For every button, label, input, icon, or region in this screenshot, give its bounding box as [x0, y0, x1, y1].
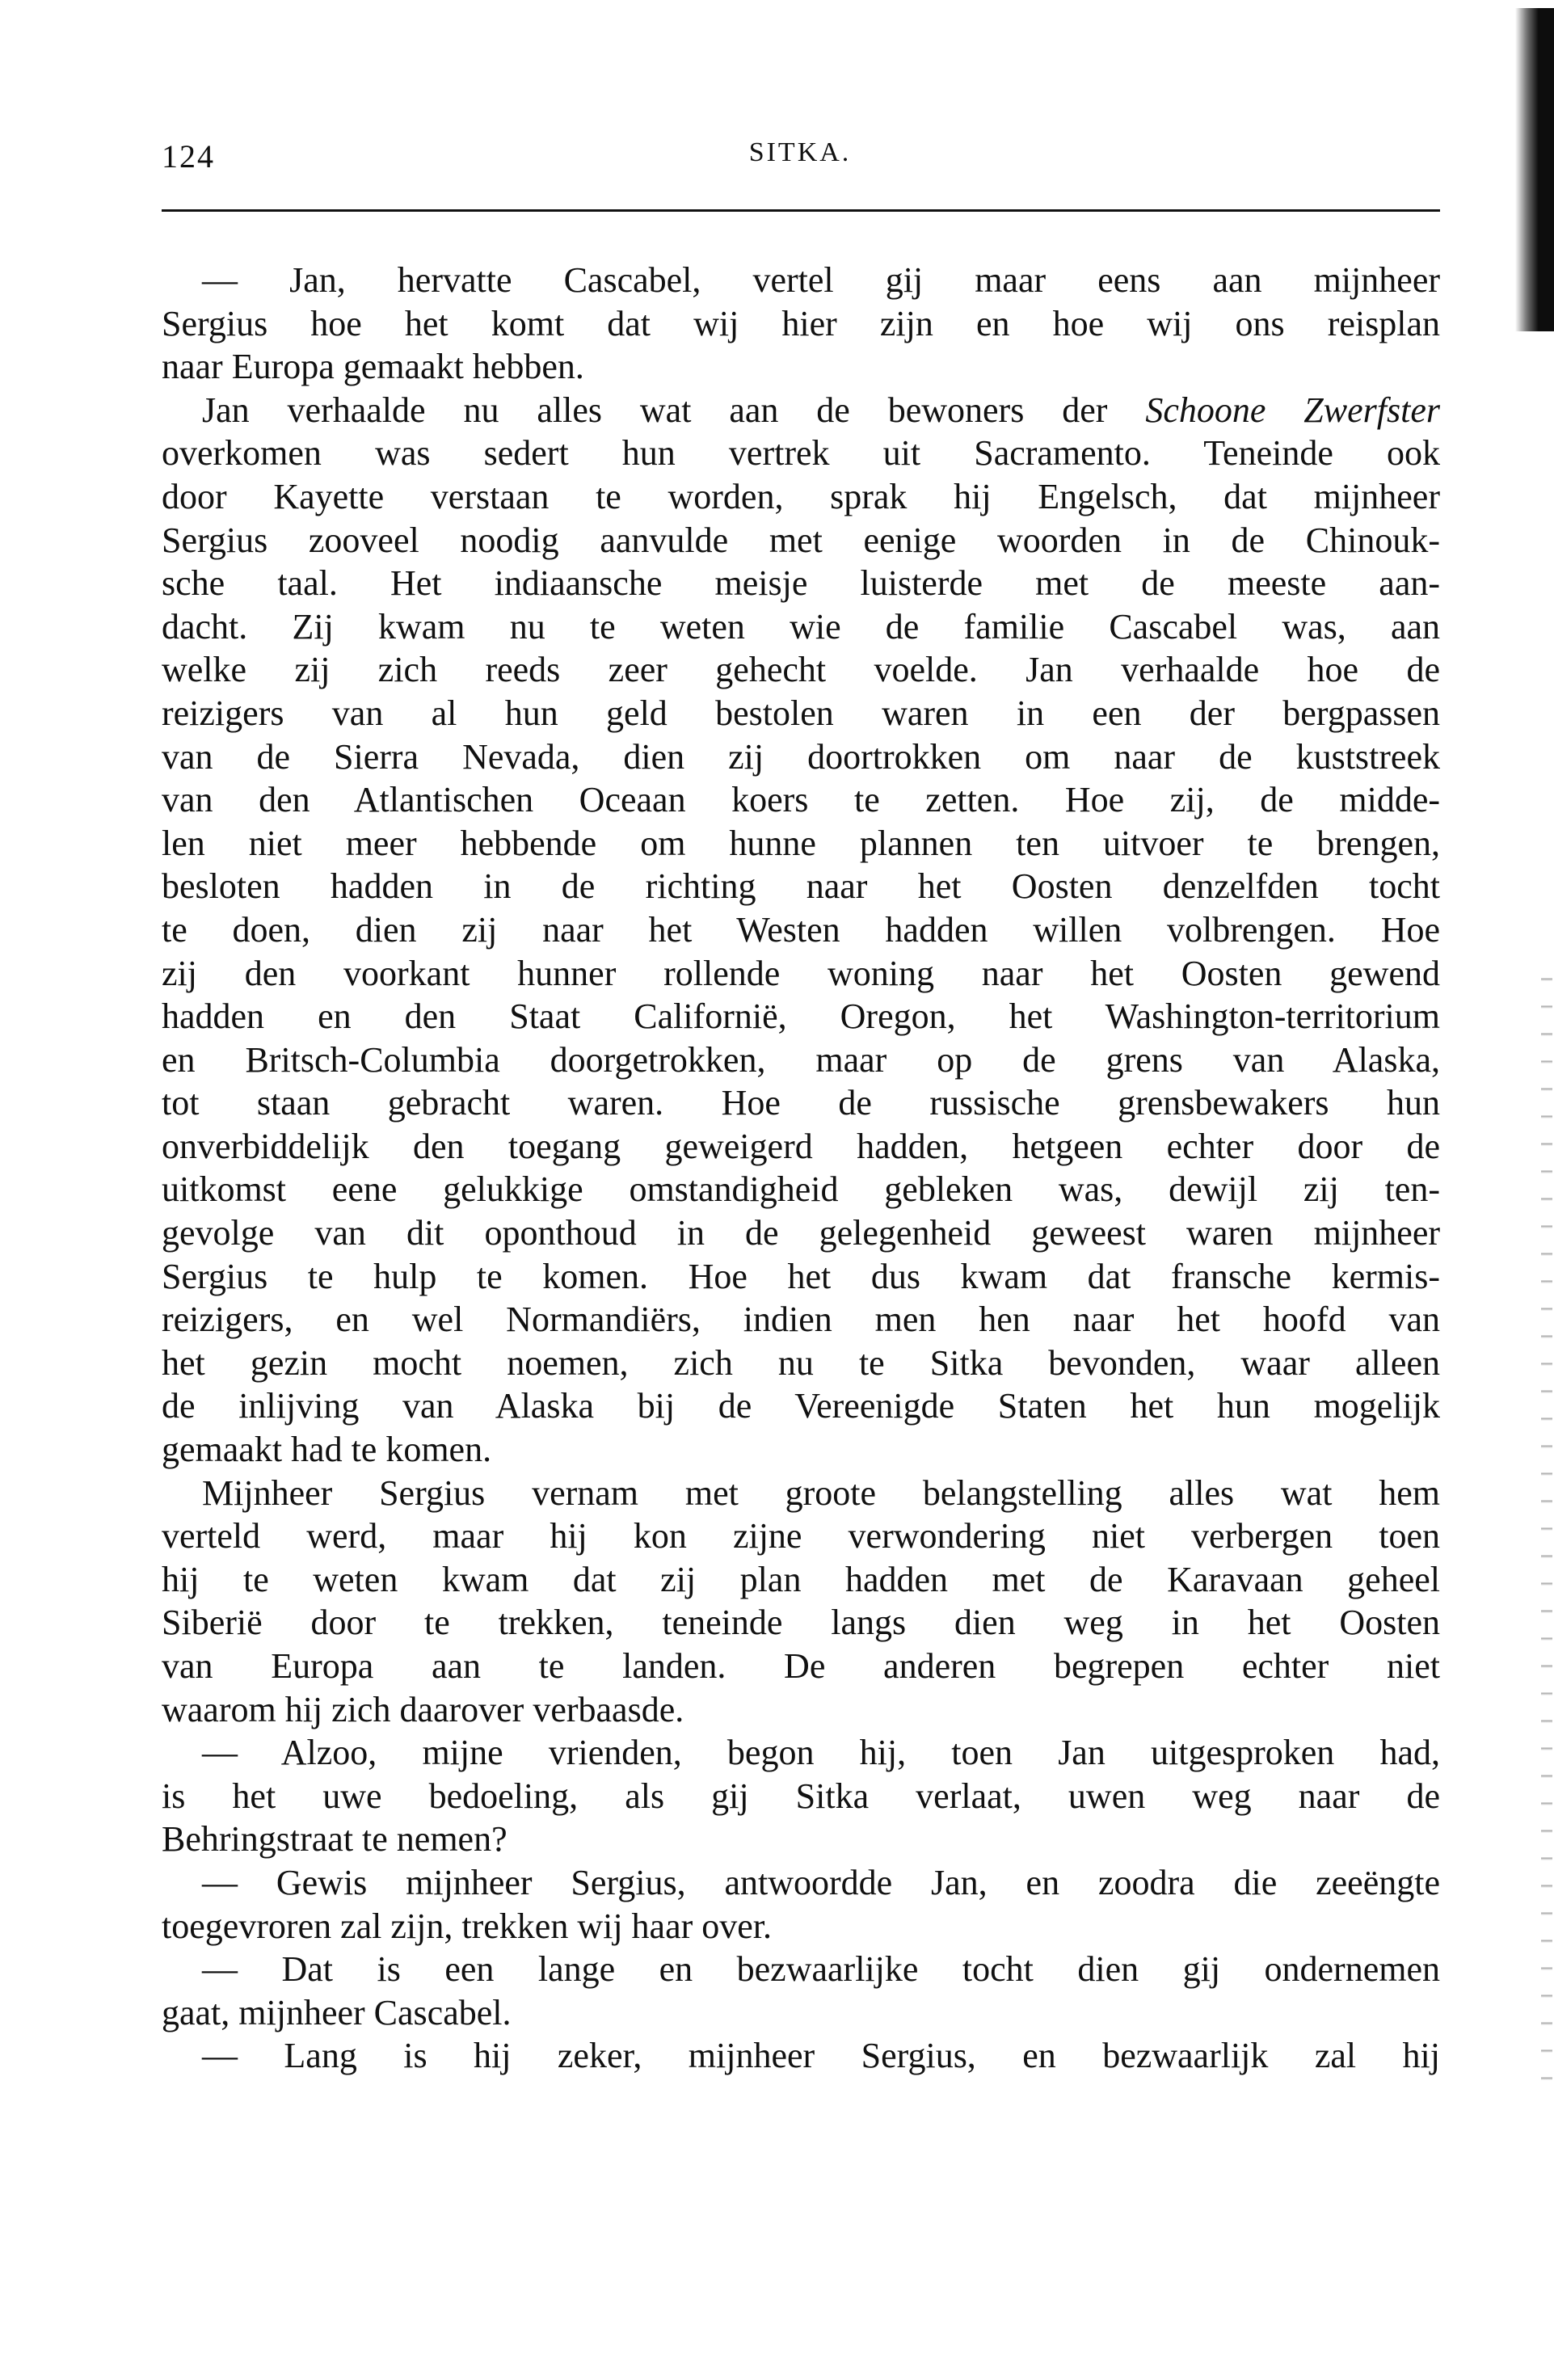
text-line: waarom hij zich daarover verbaasde.	[162, 1688, 1440, 1732]
text-line: Sergius hoe het komt dat wij hier zijn e…	[162, 302, 1440, 346]
scan-binding-shadow	[1515, 8, 1554, 331]
ship-name-italic: Schoone Zwerfster	[1145, 390, 1440, 430]
text-line: verteld werd, maar hij kon zijne verwond…	[162, 1514, 1440, 1558]
paragraph: — Lang is hij zeker, mijnheer Sergius, e…	[162, 2034, 1440, 2078]
text-line: naar Europa gemaakt hebben.	[162, 345, 1440, 389]
text-line: van den Atlantischen Oceaan koers te zet…	[162, 778, 1440, 822]
text-line: gemaakt had te komen.	[162, 1428, 1440, 1472]
body-text: — Jan, hervatte Cascabel, vertel gij maa…	[162, 259, 1440, 2078]
text-line: dacht. Zij kwam nu te weten wie de famil…	[162, 605, 1440, 649]
text-line: reizigers van al hun geld bestolen waren…	[162, 692, 1440, 735]
text-run: Jan verhaalde nu alles wat aan de bewone…	[202, 390, 1145, 430]
text-line: te doen, dien zij naar het Westen hadden…	[162, 908, 1440, 952]
paragraph: — Jan, hervatte Cascabel, vertel gij maa…	[162, 259, 1440, 389]
text-line: Sergius zooveel noodig aanvulde met eeni…	[162, 519, 1440, 562]
text-line: Sergius te hulp te komen. Hoe het dus kw…	[162, 1255, 1440, 1299]
text-line: gaat, mijnheer Cascabel.	[162, 1991, 1440, 2035]
text-line: toegevroren zal zijn, trekken wij haar o…	[162, 1905, 1440, 1948]
text-line: het gezin mocht noemen, zich nu te Sitka…	[162, 1342, 1440, 1385]
text-line: hadden en den Staat Californië, Oregon, …	[162, 995, 1440, 1038]
text-line: — Alzoo, mijne vrienden, begon hij, toen…	[162, 1731, 1440, 1775]
text-line: tot staan gebracht waren. Hoe de russisc…	[162, 1081, 1440, 1125]
scan-edge-artifact	[1541, 954, 1552, 2085]
text-line: en Britsch-Columbia doorgetrokken, maar …	[162, 1038, 1440, 1082]
text-line: onverbiddelijk den toegang geweigerd had…	[162, 1125, 1440, 1169]
header-rule	[162, 209, 1440, 212]
text-line: uitkomst eene gelukkige omstandigheid ge…	[162, 1168, 1440, 1211]
book-page: 124 SITKA. — Jan, hervatte Cascabel, ver…	[0, 0, 1554, 2380]
text-line: Behringstraat te nemen?	[162, 1818, 1440, 1861]
text-line: Mijnheer Sergius vernam met groote belan…	[162, 1472, 1440, 1515]
paragraph: Mijnheer Sergius vernam met groote belan…	[162, 1472, 1440, 1732]
text-line: van de Sierra Nevada, dien zij doortrokk…	[162, 735, 1440, 779]
running-header: 124 SITKA.	[162, 137, 1438, 186]
text-line: Siberië door te trekken, teneinde langs …	[162, 1601, 1440, 1645]
paragraph: — Gewis mijnheer Sergius, antwoordde Jan…	[162, 1861, 1440, 1948]
text-line: besloten hadden in de richting naar het …	[162, 865, 1440, 908]
text-line: — Dat is een lange en bezwaarlijke tocht…	[162, 1948, 1440, 1991]
text-line: van Europa aan te landen. De anderen beg…	[162, 1645, 1440, 1688]
text-line: — Lang is hij zeker, mijnheer Sergius, e…	[162, 2034, 1440, 2078]
text-line: overkomen was sedert hun vertrek uit Sac…	[162, 432, 1440, 475]
text-line: zij den voorkant hunner rollende woning …	[162, 952, 1440, 996]
text-line: Jan verhaalde nu alles wat aan de bewone…	[162, 389, 1440, 432]
paragraph: Jan verhaalde nu alles wat aan de bewone…	[162, 389, 1440, 1472]
paragraph: — Dat is een lange en bezwaarlijke tocht…	[162, 1948, 1440, 2034]
text-line: — Gewis mijnheer Sergius, antwoordde Jan…	[162, 1861, 1440, 1905]
paragraph: — Alzoo, mijne vrienden, begon hij, toen…	[162, 1731, 1440, 1861]
text-line: — Jan, hervatte Cascabel, vertel gij maa…	[162, 259, 1440, 302]
text-line: gevolge van dit oponthoud in de gelegenh…	[162, 1211, 1440, 1255]
text-line: welke zij zich reeds zeer gehecht voelde…	[162, 648, 1440, 692]
text-line: de inlijving van Alaska bij de Vereenigd…	[162, 1384, 1440, 1428]
text-line: hij te weten kwam dat zij plan hadden me…	[162, 1558, 1440, 1602]
running-title: SITKA.	[162, 137, 1438, 168]
text-line: door Kayette verstaan te worden, sprak h…	[162, 475, 1440, 519]
text-line: is het uwe bedoeling, als gij Sitka verl…	[162, 1775, 1440, 1818]
text-line: len niet meer hebbende om hunne plannen …	[162, 822, 1440, 866]
text-line: reizigers, en wel Normandiërs, indien me…	[162, 1298, 1440, 1342]
text-line: sche taal. Het indiaansche meisje luiste…	[162, 562, 1440, 605]
